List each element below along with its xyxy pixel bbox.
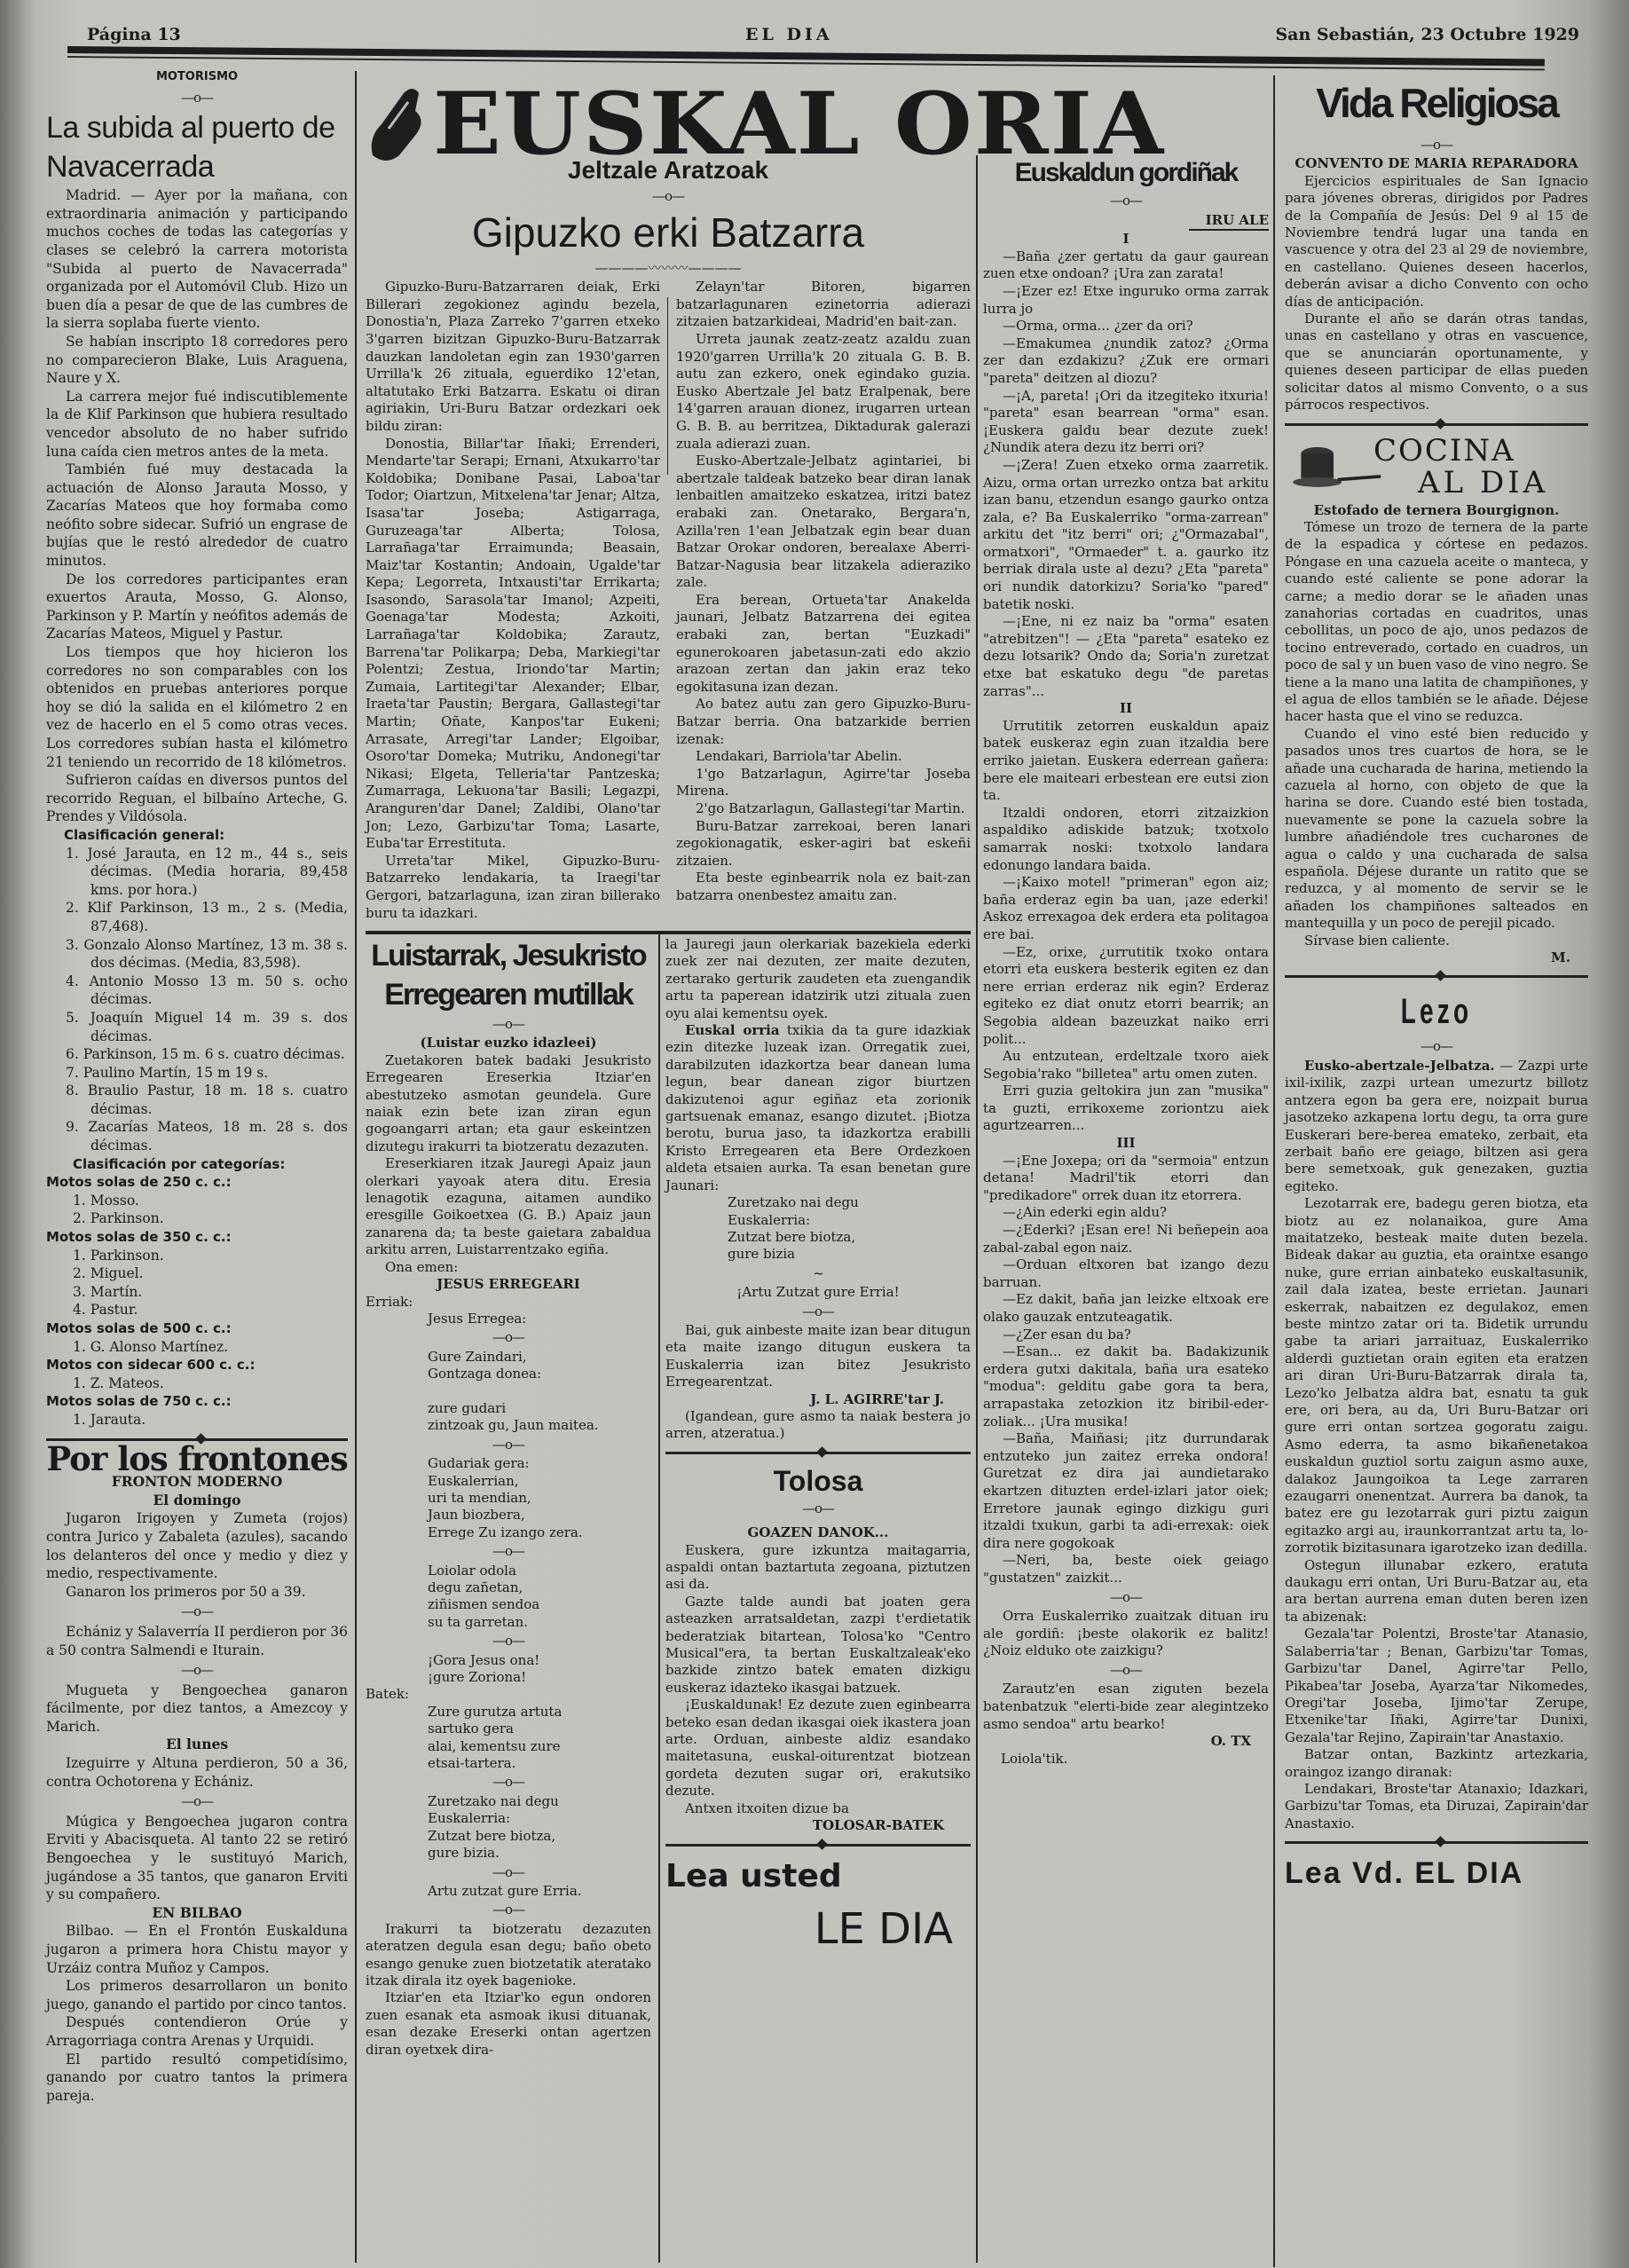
paragraph: 1'go Batzarlagun, Agirre'tar Joseba Mire… [676,766,971,800]
paragraph: Gazte talde aundi bat joaten gera asteaz… [665,1594,971,1697]
paragraph: Eusko-Abertzale-Jelbatz agintariei, bi a… [676,453,971,592]
ornament: —o— [366,1437,651,1453]
hymn-title: JESUS ERREGEARI [366,1276,651,1293]
cocina-banner: COCINA AL DIA [1285,435,1588,502]
section-rule [665,1452,971,1454]
paragraph: Ostegun illunabar ezkero, eratuta daukag… [1285,1557,1588,1626]
verse-line: ziñismen sendoa [428,1596,651,1613]
verse-line: zure gudari [428,1400,651,1417]
paragraph: Eusko-abertzale-Jelbatza. — Zazpi urte i… [1285,1058,1588,1195]
paragraph: Bilbao. — En el Frontón Euskalduna jugar… [46,1922,348,1977]
category-name: Motos solas de 350 c. c.: [46,1228,348,1247]
paragraph: Jugaron Irigoyen y Zumeta (rojos) contra… [46,1509,348,1582]
paragraph: —¡Zera! Zuen etxeko orma zaarretik. Aizu… [983,457,1269,613]
paragraph: Gipuzko-Buru-Batzarraren deiak, Erki Bil… [366,279,660,435]
paragraph: ¡Euskaldunak! Ez dezute zuen eginbearra … [665,1697,971,1799]
section-numeral: III [983,1135,1269,1153]
stanza: Gudariak gera:Euskalerrian,uri ta mendia… [366,1455,651,1541]
paragraph: Ganaron los primeros por 50 a 39. [46,1583,348,1602]
ornament: —o— [983,1589,1269,1607]
ornament: —o— [983,1662,1269,1680]
list-item: 7. Paulino Martín, 15 m 19 s. [46,1064,348,1083]
stanza: ¡Gora Jesus ona!¡gure Zoriona! [366,1652,651,1687]
list-item: 5. Joaquín Miguel 14 m. 39 s. dos décima… [46,1009,348,1045]
verse-line: Loiolar odola [428,1563,651,1579]
ornament: —o— [366,1633,651,1650]
paragraph: Itziar'en eta Itziar'ko egun ondoren zue… [366,1989,651,2059]
paragraph: Echániz y Salaverría II perdieron por 36… [46,1623,348,1659]
ornament: ~ [665,1265,971,1282]
paragraph: —Baña ¿zer gertatu da gaur gaurean zuen … [983,248,1269,283]
verse-line: uri ta mendian, [428,1490,651,1507]
verse-line: Zuretzako nai degu [728,1194,971,1211]
verse-label: Erriak: [366,1294,651,1311]
lezo-headline: Lezo [1330,987,1542,1036]
ornament: —o— [366,1774,651,1791]
list-item: 1. Mosso. [46,1192,348,1210]
article-headline: Luistarrak, Jesukristo Erregearen mutill… [366,936,651,1014]
paragraph: Zarautz'en esan ziguten bezela batenbatz… [983,1681,1269,1733]
paragraph: —Esan... ez dakit ba. Badakizunik erdera… [983,1343,1269,1430]
paragraph: Zuetakoren batek badaki Jesukristo Erreg… [366,1052,651,1155]
paragraph-text: txikia da ta gure idazkiak ezin ditezke … [665,1022,971,1193]
verse-line: Artu zutzat gure Erria. [428,1883,651,1900]
list-item: 2. Miguel. [46,1264,348,1283]
quill-hand-icon [364,84,435,164]
kicker: Jeltzale Aratzoak [366,155,971,185]
paragraph: Antxen itxoiten dizue ba [665,1800,971,1817]
ornament: —o— [366,1864,651,1881]
ornament: —o— [46,89,348,107]
category-name: Motos con sidecar 600 c. c.: [46,1356,348,1374]
paragraph: —¡Ezer ez! Etxe inguruko orma zarrak lur… [983,283,1269,318]
cocina-title-line1: COCINA [1373,435,1515,467]
verse-line: sartuko gera [428,1721,651,1737]
verse-line: Zutzat bere biotza, [728,1229,971,1246]
paragraph: Durante el año se darán otras tandas, un… [1285,311,1588,413]
verse-line: Zuretzako nai degu [428,1793,651,1810]
ad-line-2: LE DIA [665,1898,971,1960]
note: (Igandean, gure asmo ta naiak bestera jo… [665,1408,971,1443]
verse-line: Gudariak gera: [428,1455,651,1472]
list-item: 6. Parkinson, 15 m. 6 s. cuatro décimas. [46,1045,348,1064]
place: Loiola'tik. [983,1751,1269,1768]
paragraph: —Ez dakit, baña jan leizke eltxoak ere o… [983,1291,1269,1326]
list-item: 1. José Jarauta, en 12 m., 44 s., seis d… [46,845,348,900]
paragraph: Zelayn'tar Bitoren, bigarren batzarlagun… [676,279,971,331]
bilbao-heading: EN BILBAO [46,1904,348,1923]
paragraph: Era berean, Ortueta'tar Anakelda jaunari… [676,592,971,697]
masthead: Página 13 EL DIA San Sebastián, 23 Octub… [71,16,1597,48]
tolosa-headline: Tolosa [665,1463,971,1499]
section-numeral: I [983,231,1269,248]
section-numeral: II [983,700,1269,718]
paragraph: Urrutitik zetorren euskaldun apaiz batek… [983,718,1269,805]
paragraph: —Emakumea ¿nundik zatoz? ¿Orma zer dan e… [983,335,1269,388]
verse-line: Zutzat bere biotza, [428,1828,651,1845]
list-item: 1. Parkinson. [46,1247,348,1265]
stanza: Artu zutzat gure Erria. [366,1883,651,1900]
paper-name: EL DIA [745,25,833,44]
article-headline: Gipuzko erki Batzarra [366,208,971,257]
verse-line: Gontzaga donea: [428,1366,651,1382]
cooking-pot-icon [1285,435,1382,497]
paragraph: Después contendieron Orúe y Arragorriaga… [46,2013,348,2050]
paragraph: Euskal orria txikia da ta gure idazkiak … [665,1022,971,1194]
paragraph: Cuando el vino esté bien reducido y pasa… [1285,726,1588,933]
section-rule [1285,423,1588,426]
paragraph: Ejercicios espirituales de San Ignacio p… [1285,173,1588,311]
two-column-body: Gipuzko-Buru-Batzarraren deiak, Erki Bil… [366,279,971,922]
paragraph: El partido resultó competidísimo, ganand… [46,2051,348,2106]
column-divider [355,71,357,2263]
verse-line: etsai-tartera. [428,1755,651,1772]
paragraph: —¡Ene Joxepa; ori da "sermoia" entzun de… [983,1153,1269,1205]
dedication: (Luistar euzko idazleei) [366,1035,651,1051]
paragraph: —¡A, pareta! ¡Ori da itzegiteko itxuria!… [983,388,1269,457]
list-item: 4. Antonio Mosso 13 m. 50 s. ocho décima… [46,973,348,1009]
paragraph: —¿Ain ederki egin aldu? [983,1204,1269,1222]
stanza: Zure gurutza artutasartuko geraalai, kem… [366,1704,651,1773]
paragraph: Sírvase bien caliente. [1285,933,1588,949]
dateline: San Sebastián, 23 Octubre 1929 [1275,25,1579,44]
luistarrak-article: Luistarrak, Jesukristo Erregearen mutill… [366,936,651,2059]
frontones-headline: Por los frontones [46,1450,348,1469]
paragraph: Batzar ontan, Bazkintz artezkaria, orain… [1285,1746,1588,1781]
verse-line: alai, kementsu zure [428,1738,651,1755]
paragraph: —¡Kaixo motel! "primeran" egon aiz; baña… [983,874,1269,943]
paragraph: También fué muy destacada la actuación d… [46,461,348,571]
paragraph: Gezala'tar Polentzi, Broste'tar Atanasio… [1285,1626,1588,1746]
list-item: 4. Pastur. [46,1301,348,1319]
article-headline: Euskaldun gordiñak [983,155,1269,191]
paragraph: Tómese un trozo de ternera de la parte d… [1285,519,1588,726]
paragraph: La carrera mejor fué indiscutiblemente l… [46,388,348,461]
paragraph: Orra Euskalerriko zuaitzak dituan iru al… [983,1608,1269,1660]
section-rule [46,1438,348,1441]
gordinak-article: Euskaldun gordiñak —o— IRU ALE I —Baña ¿… [983,155,1269,1768]
day-heading: El domingo [46,1492,348,1510]
verse-line: Euskalerria: [428,1810,651,1827]
ornament: —o— [46,1661,348,1680]
paragraph: Irakurri ta biotzeratu dezazuten ateratz… [366,1921,651,1990]
luistarrak-continuation: la Jauregi jaun olerkariak bazekiela ede… [665,936,971,1960]
paragraph: Itzaldi ondoren, etorri zitzaizkion aspa… [983,805,1269,874]
cocina-title-line2: AL DIA [1418,467,1548,499]
column-divider [976,155,978,2263]
signature: TOLOSAR-BATEK [665,1817,971,1834]
ornament: —o— [366,1016,651,1033]
bold-term: Euskal orria [685,1022,780,1038]
signature: O. TX [983,1733,1269,1751]
ornament: —o— [1285,137,1588,154]
paragraph: Urreta jaunak zeatz-zeatz azaldu zuan 19… [676,331,971,453]
paragraph: —¿Zer esan du ba? [983,1327,1269,1344]
verse-line: su ta garretan. [428,1614,651,1631]
paragraph: Los tiempos que hoy hicieron los corredo… [46,643,348,771]
convent-heading: CONVENTO DE MARIA REPARADORA [1285,155,1588,172]
wavy-rule: ————〰〰〰———— [366,259,971,278]
verse-label: Batek: [366,1686,651,1703]
section-label: MOTORISMO [46,68,348,87]
signature: M. [1285,949,1588,966]
paragraph: Ona emen: [366,1259,651,1276]
vida-religiosa-headline: Vida Religiosa [1285,71,1588,135]
paragraph: Au entzutean, erdeltzale txoro aiek Sego… [983,1048,1269,1083]
paragraph: —Neri, ba, beste oiek geiago "gustatzen"… [983,1552,1269,1587]
closing-cry: ¡Artu Zutzat gure Erria! [665,1284,971,1301]
paragraph: De los corredores participantes eran exu… [46,571,348,643]
paragraph: Buru-Batzar zarrekoai, beren lanari zego… [676,818,971,870]
stanza: Loiolar odoladegu zañetan,ziñismen sendo… [366,1563,651,1632]
list-item: 1. Jarauta. [46,1411,348,1429]
body-column-left: Gipuzko-Buru-Batzarraren deiak, Erki Bil… [366,279,660,922]
classification-heading: Clasificación general: [46,826,348,845]
verse-line: gure bizia [728,1246,971,1263]
verse-line: gure bizia. [428,1845,651,1862]
verse-line: ¡gure Zoriona! [428,1669,651,1686]
verse-line: zintzoak gu, Jaun maitea. [428,1417,651,1434]
general-classification-list: 1. José Jarauta, en 12 m., 44 s., seis d… [46,845,348,1155]
right-column: Vida Religiosa —o— CONVENTO DE MARIA REP… [1285,71,1588,1894]
list-item: 2. Parkinson. [46,1209,348,1228]
tolosa-subheading: GOAZEN DANOK... [665,1524,971,1541]
batzarra-article: Jeltzale Aratzoak —o— Gipuzko erki Batza… [366,155,971,934]
ornament: —o— [366,1543,651,1560]
verse-line: Jaun biozbera, [428,1507,651,1524]
verse-line: Jesus Erregea: [428,1311,651,1327]
list-item: 1. G. Alonso Martínez. [46,1338,348,1357]
stanza: Zuretzako nai deguEuskalerria:Zutzat ber… [366,1793,651,1862]
ornament: —o— [366,1329,651,1346]
list-item: 8. Braulio Pastur, 18 m. 18 s. cuatro dé… [46,1082,348,1118]
ad-lea-el-dia: Lea Vd. EL DIA [1285,1853,1588,1894]
list-item: 9. Zacarías Mateos, 18 m. 28 s. dos déci… [46,1118,348,1154]
dish-title: Estofado de ternera Bourgignon. [1285,502,1588,519]
verse-line: Zure gurutza artuta [428,1704,651,1721]
category-name: Motos solas de 750 c. c.: [46,1392,348,1411]
paragraph: Se habían inscripto 18 corredores pero n… [46,333,348,388]
paragraph: —Ez, orixe, ¿urrutitik txoko ontara etor… [983,944,1269,1049]
paragraph-text: — Zazpi urte ixil-ixilik, zazpi urtean u… [1285,1058,1588,1194]
section-rule [1285,975,1588,978]
list-item: 3. Martín. [46,1283,348,1302]
ornament: —o— [366,1902,651,1918]
verse-line: ¡Gora Jesus ona! [428,1652,651,1669]
paragraph: 2'go Batzarlagun, Gallastegi'tar Martin. [676,800,971,818]
paragraph: —Orma, orma... ¿zer da ori? [983,318,1269,335]
category-name: Motos solas de 250 c. c.: [46,1173,348,1192]
ornament: —o— [665,1303,971,1320]
list-item: 3. Gonzalo Alonso Martínez, 13 m. 38 s. … [46,936,348,973]
section-rule [366,931,971,934]
page-number: Página 13 [87,25,181,44]
ornament: —o— [46,1603,348,1621]
verse-line: degu zañetan, [428,1579,651,1596]
paragraph: Donostia, Billar'tar Iñaki; Errenderi, M… [366,436,660,853]
paragraph: Euskera, gure izkuntza maitagarria, aspa… [665,1542,971,1594]
paragraph: Lezotarrak ere, badegu geren biotza, eta… [1285,1195,1588,1557]
categories-heading: Clasificación por categorías: [46,1155,348,1174]
verse-line: Euskalerria: [728,1212,971,1229]
paragraph: Ao batez autu zan gero Gipuzko-Buru-Batz… [676,696,971,748]
paragraph: Mugueta y Bengoechea ganaron fácilmente,… [46,1681,348,1736]
paragraph: Erri guzia geltokira jun zan "musika" ta… [983,1083,1269,1135]
stanza: Zuretzako nai deguEuskalerria:Zutzat ber… [665,1194,971,1264]
verse-line: Errege Zu izango zera. [428,1524,651,1541]
signature: J. L. AGIRRE'tar J. [665,1391,971,1408]
paragraph: Lendakari, Broste'tar Atanaxio; Idazkari… [1285,1781,1588,1832]
ornament: —o— [665,1500,971,1517]
body-column-right: Zelayn'tar Bitoren, bigarren batzarlagun… [676,279,971,922]
section-rule [665,1844,971,1847]
paragraph: Eta beste eginbearrik nola ez bait-zan b… [676,870,971,904]
paragraph: —¿Ederki? ¡Esan ere! Ni beñepein aoa zab… [983,1222,1269,1256]
paragraph: Urreta'tar Mikel, Gipuzko-Buru-Batzarrek… [366,853,660,922]
paragraph: Lendakari, Barriola'tar Abelin. [676,748,971,766]
paragraph: —Baña, Maiñasi; ¡itz durrundarak entzute… [983,1430,1269,1552]
lead-term: Eusko-abertzale-Jelbatza. [1304,1058,1495,1074]
ornament: —o— [366,187,971,206]
stanza: Gure Zaindari,Gontzaga donea: [366,1349,651,1383]
column-divider [658,932,660,2263]
paragraph: —Orduan eltxoren bat izango dezu barruan… [983,1256,1269,1291]
stanza: zure gudarizintzoak gu, Jaun maitea. [366,1400,651,1435]
paragraph: Madrid. — Ayer por la mañana, con extrao… [46,186,348,333]
paragraph: Bai, guk ainbeste maite izan bear ditugu… [665,1322,971,1391]
verse-line: Euskalerrian, [428,1473,651,1490]
paragraph: Múgica y Bengoechea jugaron contra Ervit… [46,1813,348,1904]
verse-line: Gure Zaindari, [428,1349,651,1366]
list-item: 2. Klif Parkinson, 13 m., 2 s. (Media, 8… [46,899,348,935]
paragraph: Ereserkiaren itzak Jauregi Apaiz jaun ol… [366,1155,651,1258]
category-name: Motos solas de 500 c. c.: [46,1319,348,1338]
paragraph: Izeguirre y Altuna perdieron, 50 a 36, c… [46,1754,348,1791]
ad-line-1: Lea usted [665,1855,971,1898]
day-heading: El lunes [46,1736,348,1754]
paragraph: —¡Ene, ni ez naiz ba "orma" esaten "atre… [983,613,1269,700]
paragraph: Sufrieron caídas en diversos puntos del … [46,771,348,826]
paragraph: la Jauregi jaun olerkariak bazekiela ede… [665,936,971,1022]
byline: IRU ALE [1189,212,1269,232]
stanza: Jesus Erregea: [366,1311,651,1327]
column-divider [1273,75,1275,2267]
ornament: —o— [46,1792,348,1811]
newspaper-page: Página 13 EL DIA San Sebastián, 23 Octub… [0,0,1629,2268]
ornament: —o— [983,193,1269,210]
motorismo-article: MOTORISMO —o— La subida al puerto de Nav… [46,67,348,2105]
ornament: —o— [1285,1038,1588,1055]
article-headline: La subida al puerto de Navacerrada [46,108,348,186]
list-item: 1. Z. Mateos. [46,1374,348,1393]
paragraph: Los primeros desarrollaron un bonito jue… [46,1977,348,2013]
section-rule [1285,1841,1588,1844]
